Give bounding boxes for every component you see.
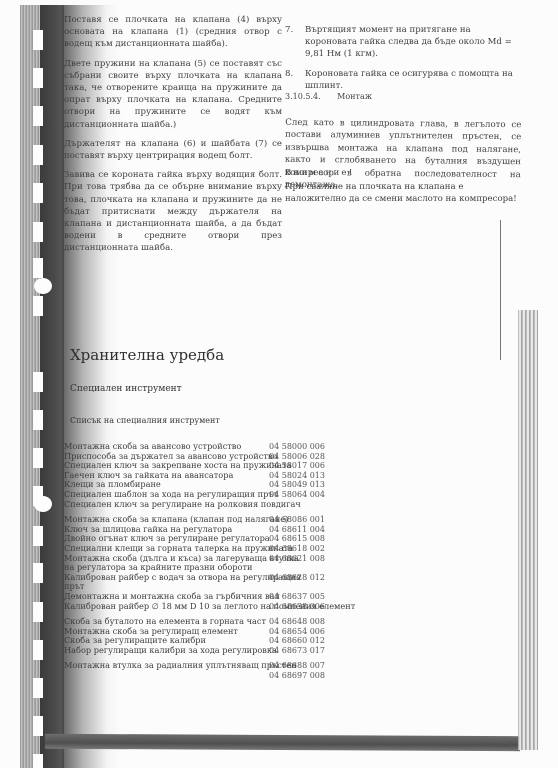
- punch-hole: [33, 754, 43, 768]
- punch-hole: [33, 30, 43, 50]
- paragraph: Завива се короната гайка върху водящия б…: [64, 169, 282, 254]
- punch-hole-round: [34, 278, 52, 294]
- item-number: 7.: [285, 24, 305, 61]
- tool-code: 04 68654 006: [269, 627, 325, 637]
- punch-hole: [33, 222, 43, 242]
- punch-hole: [33, 716, 43, 736]
- punch-hole: [33, 678, 43, 698]
- punch-hole: [33, 640, 43, 660]
- punch-hole: [33, 526, 43, 546]
- list-title: Списък на специалния инструмент: [70, 416, 220, 425]
- punch-hole: [33, 296, 43, 316]
- binding-shadow: [40, 5, 64, 768]
- tool-code: 04 58000 006: [269, 442, 325, 452]
- sub-heading: Специален инструмент: [70, 384, 182, 394]
- item-text: Въртящият момент на притягане на коронов…: [305, 24, 523, 61]
- tool-name: Калиброван райбер с водач за отвора на р…: [64, 573, 301, 583]
- punch-hole: [33, 258, 43, 278]
- punch-hole: [33, 563, 43, 583]
- section-heading: 3.10.5.4. Монтаж: [285, 92, 372, 101]
- tool-code: 04 68660 012: [269, 636, 325, 646]
- punch-hole-round: [34, 496, 52, 512]
- tool-row: Калиброван райбер с водач за отвора на р…: [64, 573, 304, 583]
- warning-text: При сваляне на плочката на клапана е нал…: [285, 181, 521, 206]
- section-number: 3.10.5.4.: [285, 92, 321, 101]
- paragraph: Поставя се плочката на клапана (4) върху…: [64, 14, 282, 51]
- tool-name: Монтажна втулка за радиалния уплътняващ …: [64, 661, 297, 671]
- warning-title: Внимание!: [285, 168, 354, 178]
- punch-hole: [33, 145, 43, 165]
- scanned-page: Поставя се плочката на клапана (4) върху…: [0, 0, 558, 768]
- left-instructions: Поставя се плочката на клапана (4) върху…: [64, 14, 282, 262]
- tool-code: 04 68673 017: [269, 646, 325, 656]
- punch-hole: [33, 183, 43, 203]
- paragraph: Държателят на клапана (6) и шайбата (7) …: [64, 138, 282, 162]
- tool-name: Специален ключ за регулиране на ролковия…: [64, 500, 301, 510]
- item-number: 8.: [285, 68, 305, 92]
- list-item: 8. Короновата гайка се осигурява с помощ…: [285, 68, 523, 92]
- tool-row: Монтажна втулка за радиалния уплътняващ …: [64, 661, 304, 671]
- section-title: Монтаж: [337, 92, 372, 101]
- item-text: Короновата гайка се осигурява с помощта …: [305, 68, 523, 92]
- tool-row: Калиброван райбер ∅ 18 мм D 10 за леглот…: [64, 602, 304, 612]
- tool-code: 04 58086 001: [269, 515, 325, 525]
- tool-row: Набор регулиращи калибри за хода регулир…: [64, 646, 304, 656]
- main-heading: Хранителна уредба: [70, 346, 224, 364]
- tool-code: 04 68638 006: [269, 602, 325, 612]
- list-item: 7. Въртящият момент на притягане на коро…: [285, 24, 523, 61]
- tool-row: 04 68697 008: [64, 671, 304, 681]
- right-scan-edge: [518, 310, 538, 750]
- tool-code: 04 58017 006: [269, 461, 325, 471]
- punch-hole: [33, 602, 43, 622]
- right-instructions: 7. Въртящият момент на притягане на коро…: [285, 24, 523, 99]
- tool-list: Монтажна скоба за авансово устройство04 …: [64, 442, 304, 681]
- paragraph: Двете пружини на клапана (5) се поставят…: [64, 58, 282, 131]
- tool-code: 04 68621 008: [269, 554, 325, 564]
- tool-code: 04 68611 004: [269, 525, 325, 535]
- punch-hole: [33, 448, 43, 468]
- punch-hole: [33, 410, 43, 430]
- pen-mark: [500, 220, 501, 360]
- bottom-scan-edge: [45, 734, 520, 751]
- tool-code: 04 68628 012: [269, 573, 325, 583]
- tool-code: 04 68648 008: [269, 617, 325, 627]
- punch-hole: [33, 372, 43, 392]
- tool-code: 04 68688 007: [269, 661, 325, 671]
- punch-hole: [33, 68, 43, 88]
- punch-hole: [33, 106, 43, 126]
- tool-code: 04 68697 008: [269, 671, 325, 681]
- tool-name: Набор регулиращи калибри за хода регулир…: [64, 646, 277, 656]
- tool-code: 04 58024 013: [269, 471, 325, 481]
- tool-row: Специален ключ за регулиране на ролковия…: [64, 500, 304, 510]
